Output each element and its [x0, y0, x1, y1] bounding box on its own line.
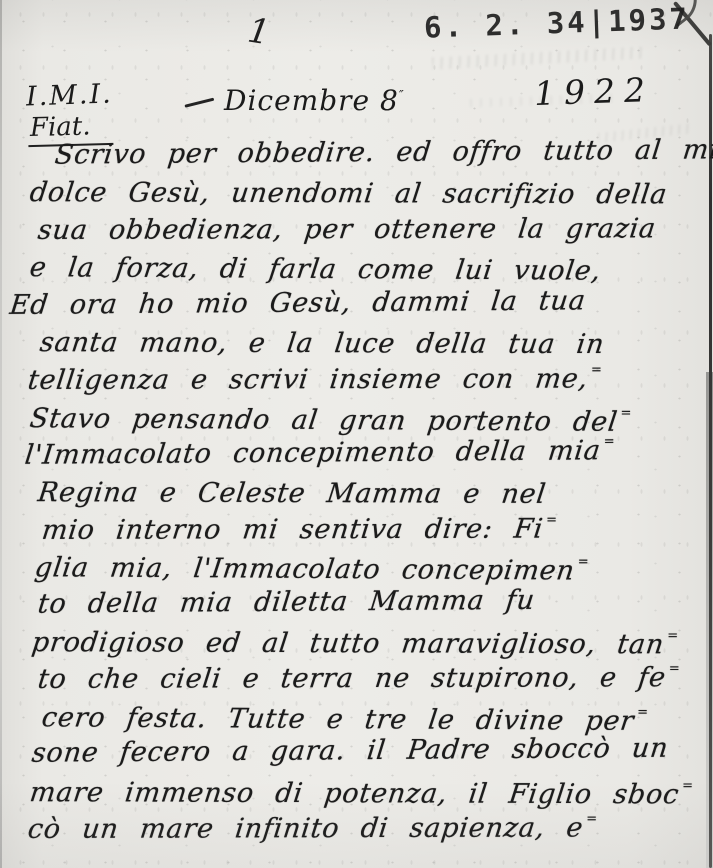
manuscript-line: l'Immacolato concepimento della mia=: [0, 434, 713, 477]
manuscript-line-text: e la forza, di farla come lui vuole,: [28, 252, 603, 286]
manuscript-line-text: dolce Gesù, unendomi al sacrifizio della: [28, 178, 669, 211]
ink-bleed-through: [432, 46, 647, 69]
manuscript-line-text: Regina e Celeste Mamma e nel: [36, 477, 548, 510]
date-month-day: Dicembre 8: [224, 84, 399, 117]
manuscript-line: mio interno mi sentiva dire: Fi=: [0, 512, 713, 551]
date-mark: ″: [399, 89, 405, 104]
year: 1922: [533, 70, 654, 113]
manuscript-line-text: Stavo pensando al gran portento del: [28, 403, 619, 438]
manuscript-line-text: telligenza e scrivi insieme con me,: [26, 364, 590, 396]
continuation-mark: =: [586, 811, 597, 826]
manuscript-line: Ed ora ho mio Gesù, dammi la tua: [0, 284, 713, 327]
manuscript-line: Regina e Celeste Mamma e nel: [0, 477, 713, 517]
continuation-mark: =: [546, 512, 557, 527]
date-line: Dicembre 8″: [186, 84, 405, 117]
manuscript-line-text: to che cieli e terra ne stupirono, e fe: [36, 663, 668, 696]
monogram-imi: I.M.I.: [25, 78, 113, 112]
manuscript-line-text: mio interno mi sentiva dire: Fi: [40, 513, 545, 545]
continuation-mark: =: [620, 406, 631, 421]
manuscript-line: Scrivo per obbedire. ed offro tutto al m…: [0, 134, 713, 177]
manuscript-line-text: to della mia diletta Mamma fu: [36, 584, 537, 619]
manuscript-line: sua obbedienza, per ottenere la grazia: [0, 213, 713, 252]
manuscript-line-text: cero festa. Tutte e tre le divine per: [40, 702, 636, 737]
manuscript-line: dolce Gesù, unendomi al sacrifizio della: [0, 177, 713, 217]
manuscript-line-text: sua obbedienza, per ottenere la grazia: [36, 213, 658, 246]
manuscript-line: sone fecero a gara. il Padre sboccò un: [0, 733, 713, 776]
manuscript-line: cò un mare infinito di sapienza, e=: [0, 811, 713, 850]
manuscript-line: to che cieli e terra ne stupirono, e fe=: [0, 662, 713, 701]
manuscript-line-text: Scrivo per obbedire. ed offro tutto al m…: [53, 134, 713, 170]
continuation-mark: =: [682, 778, 693, 793]
manuscript-line-text: Ed ora ho mio Gesù, dammi la tua: [8, 285, 587, 321]
continuation-mark: =: [669, 662, 680, 677]
manuscript-line-text: mare immenso di potenza, il Figlio sboc: [28, 777, 681, 810]
manuscript-line: to della mia diletta Mamma fu: [0, 583, 713, 626]
manuscript-line-text: l'Immacolato concepimento della mia: [23, 435, 602, 471]
manuscript-line-text: glia mia, l'Immacolato concepimen: [33, 553, 577, 587]
manuscript-page: 1 6. 2. 34|1937 I.M.I. Dicembre 8″ 1922 …: [0, 0, 713, 868]
manuscript-line-text: santa mano, e la luce della tua in: [38, 327, 606, 360]
archive-stamp: 6. 2. 34|1937: [423, 1, 690, 44]
continuation-mark: =: [667, 628, 678, 643]
manuscript-line-text: sone fecero a gara. il Padre sboccò un: [30, 733, 670, 769]
continuation-mark: =: [637, 705, 648, 720]
manuscript-line: santa mano, e la luce della tua in: [0, 327, 713, 367]
continuation-mark: =: [578, 555, 589, 570]
continuation-mark: =: [604, 434, 615, 449]
manuscript-line-text: cò un mare infinito di sapienza, e: [26, 812, 585, 844]
manuscript-body: Scrivo per obbedire. ed offro tutto al m…: [0, 140, 713, 850]
manuscript-line: prodigioso ed al tutto maraviglioso, tan…: [0, 626, 713, 666]
manuscript-line: telligenza e scrivi insieme con me,=: [0, 362, 713, 401]
manuscript-line: mare immenso di potenza, il Figlio sboc=: [0, 776, 713, 816]
page-number: 1: [245, 11, 273, 54]
manuscript-line-text: prodigioso ed al tutto maraviglioso, tan: [30, 627, 666, 660]
continuation-mark: =: [591, 363, 602, 378]
